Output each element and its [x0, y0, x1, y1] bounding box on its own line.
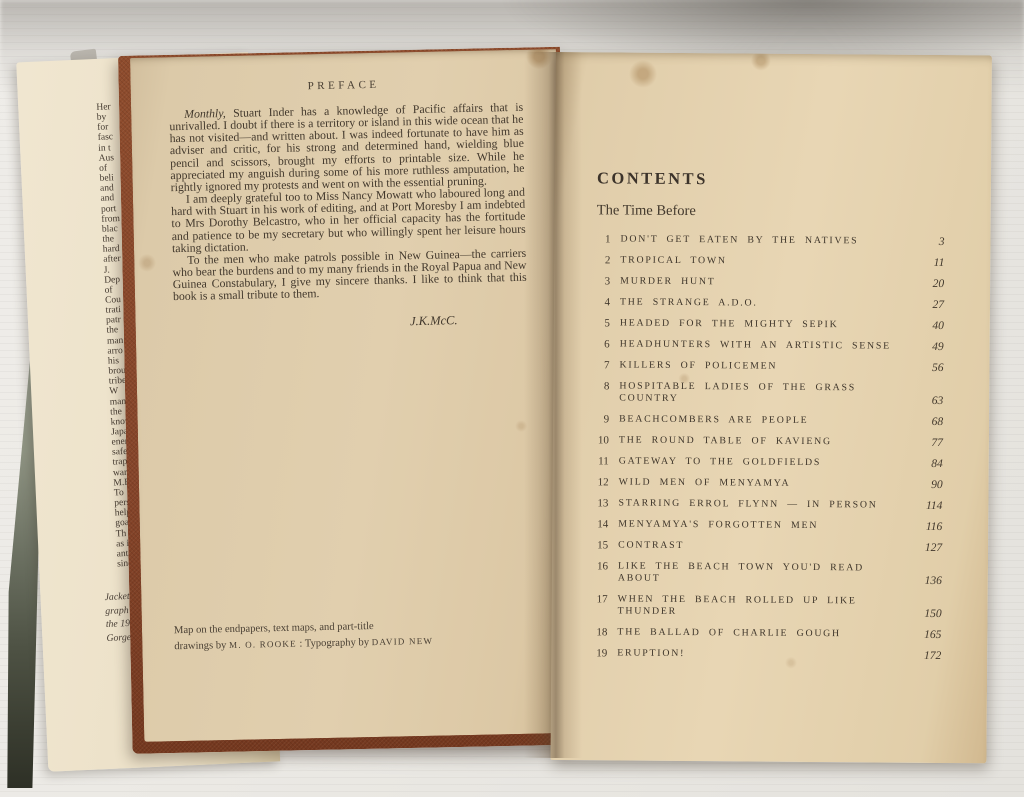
entry-page-number: 127: [902, 542, 942, 554]
text-run: DAVID NEW: [372, 636, 434, 647]
contents-entry: 3MURDER HUNT20: [586, 275, 944, 290]
entry-title: HEADHUNTERS WITH AN ARTISTIC SENSE: [620, 339, 904, 353]
entry-title-line: TROPICAL TOWN: [620, 255, 904, 269]
contents-entry: 12WILD MEN OF MENYAMYA90: [585, 476, 943, 491]
entry-title: LIKE THE BEACH TOWN YOU'D READABOUT: [618, 561, 902, 587]
entry-page-number: 77: [903, 437, 943, 449]
contents-entry: 4THE STRANGE A.D.O.27: [586, 296, 944, 311]
entry-title: THE STRANGE A.D.O.: [620, 297, 904, 311]
entry-title-line: WILD MEN OF MENYAMYA: [619, 477, 903, 491]
entry-number: 12: [585, 476, 609, 488]
entry-page-number: 40: [904, 320, 944, 332]
entry-title: MURDER HUNT: [620, 276, 904, 290]
entry-page-number: 114: [902, 500, 942, 512]
entry-title: DON'T GET EATEN BY THE NATIVES: [620, 234, 904, 248]
text-run: I am deeply grateful too to Miss Nancy M…: [171, 185, 526, 255]
entry-title: TROPICAL TOWN: [620, 255, 904, 269]
entry-page-number: 84: [903, 458, 943, 470]
preface-paragraph: I am deeply grateful too to Miss Nancy M…: [171, 186, 526, 254]
preface-paragraph: To the men who make patrols possible in …: [172, 247, 527, 303]
entry-number: 16: [584, 560, 608, 572]
contents-entry: 7KILLERS OF POLICEMEN56: [585, 359, 943, 374]
entry-number: 8: [585, 380, 609, 392]
entry-number: 19: [583, 647, 607, 659]
entry-title: GATEWAY TO THE GOLDFIELDS: [619, 456, 903, 470]
entry-number: 7: [585, 359, 609, 371]
contents-heading: CONTENTS: [597, 168, 708, 189]
contents-entry: 2TROPICAL TOWN11: [586, 254, 944, 269]
entry-title-line: COUNTRY: [619, 393, 903, 407]
entry-page-number: 136: [902, 575, 942, 587]
entry-number: 9: [585, 413, 609, 425]
entry-title: STARRING ERROL FLYNN — IN PERSON: [618, 498, 902, 512]
entry-title-line: HEADED FOR THE MIGHTY SEPIK: [620, 318, 904, 332]
entry-title-line: THUNDER: [618, 606, 902, 620]
contents-entries: 1DON'T GET EATEN BY THE NATIVES32TROPICA…: [583, 233, 944, 671]
entry-title-line: DON'T GET EATEN BY THE NATIVES: [620, 234, 904, 248]
entry-page-number: 165: [901, 629, 941, 641]
contents-entry: 14MENYAMYA'S FORGOTTEN MEN116: [584, 518, 942, 533]
contents-entry: 6HEADHUNTERS WITH AN ARTISTIC SENSE49: [586, 338, 944, 353]
entry-title-line: MENYAMYA'S FORGOTTEN MEN: [618, 519, 902, 533]
entry-title-line: GATEWAY TO THE GOLDFIELDS: [619, 456, 903, 470]
entry-page-number: 172: [901, 650, 941, 662]
entry-title-line: STARRING ERROL FLYNN — IN PERSON: [618, 498, 902, 512]
contents-entry: 11GATEWAY TO THE GOLDFIELDS84: [585, 455, 943, 470]
right-page-contents: CONTENTS The Time Before 1DON'T GET EATE…: [550, 52, 992, 763]
entry-title-line: BEACHCOMBERS ARE PEOPLE: [619, 414, 903, 428]
contents-entry: 9BEACHCOMBERS ARE PEOPLE68: [585, 413, 943, 428]
entry-number: 11: [585, 455, 609, 467]
entry-page-number: 68: [903, 416, 943, 428]
entry-number: 14: [584, 518, 608, 530]
contents-entry: 19ERUPTION!172: [583, 647, 941, 662]
text-run: To the men who make patrols possible in …: [172, 246, 526, 304]
entry-page-number: 150: [902, 608, 942, 620]
entry-number: 15: [584, 539, 608, 551]
colophon: Map on the endpapers, text maps, and par…: [174, 617, 455, 656]
entry-number: 4: [586, 296, 610, 308]
entry-title: MENYAMYA'S FORGOTTEN MEN: [618, 519, 902, 533]
left-page-preface: PREFACE Monthly, Stuart Inder has a know…: [130, 49, 570, 742]
contents-entry: 15CONTRAST127: [584, 539, 942, 554]
contents-entry: 5HEADED FOR THE MIGHTY SEPIK40: [586, 317, 944, 332]
contents-entry: 16LIKE THE BEACH TOWN YOU'D READABOUT136: [584, 560, 942, 587]
text-run: : Typography by: [297, 637, 372, 650]
entry-title: BEACHCOMBERS ARE PEOPLE: [619, 414, 903, 428]
entry-number: 2: [586, 254, 610, 266]
entry-title: CONTRAST: [618, 540, 902, 554]
entry-title: HOSPITABLE LADIES OF THE GRASSCOUNTRY: [619, 381, 903, 407]
entry-page-number: 63: [903, 395, 943, 407]
entry-title: THE BALLAD OF CHARLIE GOUGH: [617, 627, 901, 641]
entry-title-line: KILLERS OF POLICEMEN: [619, 360, 903, 374]
entry-title-line: ERUPTION!: [617, 648, 901, 662]
contents-entry: 13STARRING ERROL FLYNN — IN PERSON114: [584, 497, 942, 512]
entry-page-number: 90: [903, 479, 943, 491]
entry-title-line: THE STRANGE A.D.O.: [620, 297, 904, 311]
text-run: M. O. ROOKE: [229, 639, 297, 650]
entry-page-number: 27: [904, 299, 944, 311]
text-run: drawings by: [174, 640, 229, 652]
entry-number: 1: [586, 233, 610, 245]
entry-page-number: 49: [904, 341, 944, 353]
book-photo: Herbyforfascin tAusofbeliandandportfromb…: [0, 0, 1024, 797]
entry-title: KILLERS OF POLICEMEN: [619, 360, 903, 374]
entry-number: 10: [585, 434, 609, 446]
entry-page-number: 3: [904, 236, 944, 248]
entry-page-number: 20: [904, 278, 944, 290]
preface-signature: J.K.McC.: [135, 313, 457, 335]
entry-number: 18: [583, 626, 607, 638]
entry-page-number: 56: [903, 362, 943, 374]
contents-section-heading: The Time Before: [597, 202, 696, 220]
preface-paragraphs: Monthly, Stuart Inder has a knowledge of…: [169, 101, 527, 303]
entry-number: 17: [584, 593, 608, 605]
entry-title-line: CONTRAST: [618, 540, 902, 554]
entry-number: 5: [586, 317, 610, 329]
entry-title: HEADED FOR THE MIGHTY SEPIK: [620, 318, 904, 332]
entry-title-line: THE ROUND TABLE OF KAVIENG: [619, 435, 903, 449]
contents-entry: 8HOSPITABLE LADIES OF THE GRASSCOUNTRY63: [585, 380, 943, 407]
preface-heading: PREFACE: [130, 49, 557, 96]
entry-page-number: 11: [904, 257, 944, 269]
entry-number: 6: [586, 338, 610, 350]
entry-title: ERUPTION!: [617, 648, 901, 662]
entry-page-number: 116: [902, 521, 942, 533]
entry-title-line: THE BALLAD OF CHARLIE GOUGH: [617, 627, 901, 641]
entry-title: THE ROUND TABLE OF KAVIENG: [619, 435, 903, 449]
preface-paragraph: Monthly, Stuart Inder has a knowledge of…: [169, 101, 525, 193]
text-run: Map on the endpapers, text maps, and par…: [174, 621, 374, 636]
entry-title: WHEN THE BEACH ROLLED UP LIKETHUNDER: [618, 594, 902, 620]
entry-number: 3: [586, 275, 610, 287]
contents-entry: 17WHEN THE BEACH ROLLED UP LIKETHUNDER15…: [584, 593, 942, 620]
entry-title-line: MURDER HUNT: [620, 276, 904, 290]
entry-title-line: HEADHUNTERS WITH AN ARTISTIC SENSE: [620, 339, 904, 353]
contents-entry: 18THE BALLAD OF CHARLIE GOUGH165: [583, 626, 941, 641]
entry-number: 13: [584, 497, 608, 509]
contents-entry: 1DON'T GET EATEN BY THE NATIVES3: [586, 233, 944, 248]
entry-title-line: ABOUT: [618, 573, 902, 587]
entry-title: WILD MEN OF MENYAMYA: [619, 477, 903, 491]
contents-entry: 10THE ROUND TABLE OF KAVIENG77: [585, 434, 943, 449]
